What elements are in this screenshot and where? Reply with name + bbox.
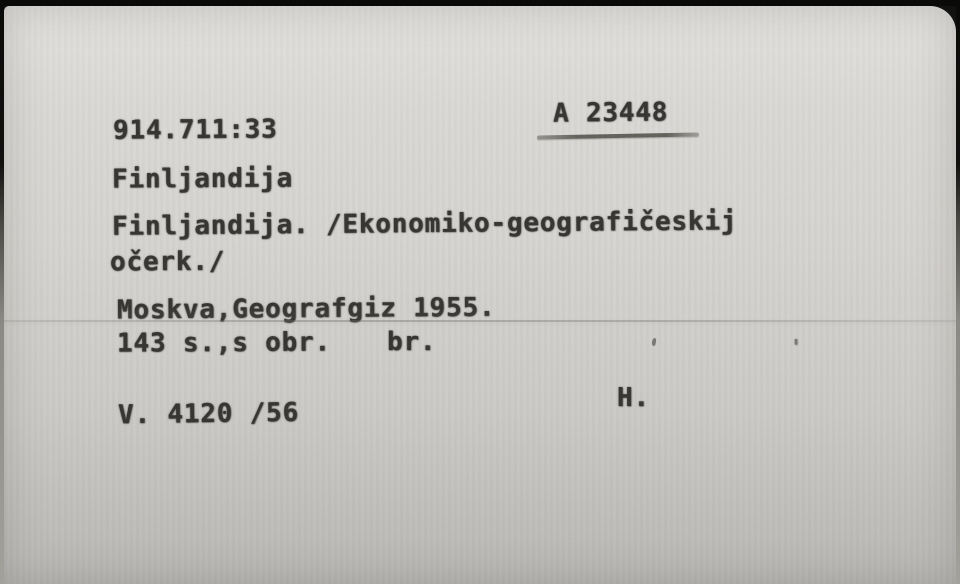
ink-speck <box>651 338 657 347</box>
binding-note: br. <box>387 327 436 357</box>
title-line-1: Finljandija. /Ekonomiko-geografičeskij <box>112 206 737 241</box>
annotation-letter: H. <box>617 383 650 413</box>
card-crease-line <box>4 320 956 322</box>
call-number: 914.711:33 <box>113 114 278 145</box>
catalog-card-paper: 914.711:33 A 23448 Finljandija Finljandi… <box>4 6 956 584</box>
scanned-catalog-card-image: 914.711:33 A 23448 Finljandija Finljandi… <box>0 0 960 584</box>
stray-pencil-mark: ' <box>790 332 803 362</box>
title-line-2: očerk./ <box>110 247 225 278</box>
shelf-number: V. 4120 /56 <box>118 398 299 431</box>
heading-entry: Finljandija <box>112 164 293 195</box>
accession-number: A 23448 <box>553 97 668 128</box>
collation-statement: 143 s.,s obr. <box>117 327 331 358</box>
accession-underline <box>537 132 699 139</box>
